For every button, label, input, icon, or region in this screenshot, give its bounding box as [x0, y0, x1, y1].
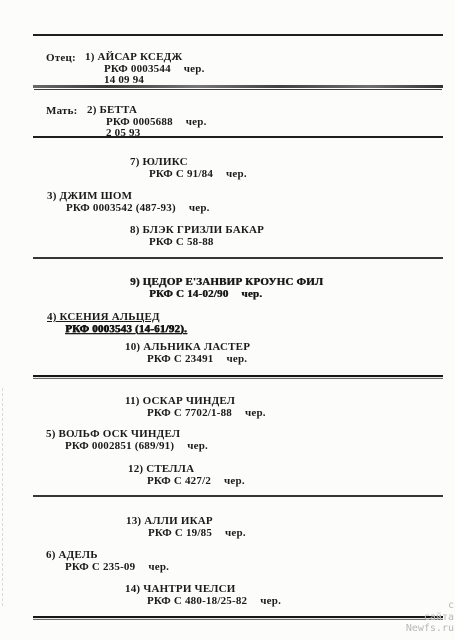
dog-color: чер.: [148, 562, 169, 574]
dog-color: чер.: [226, 354, 247, 366]
pedigree-entry-4: 4) КСЕНИЯ АЛЬЦЕД РКФ 0003543 (14-61/92).: [47, 312, 200, 335]
dog-reg: РКФ С 7702/1-88: [147, 407, 232, 419]
pedigree-entry-2: 2) БЕТТА РКФ 0005688чер. 2 05 93: [87, 105, 207, 140]
dog-color: чер.: [241, 289, 262, 301]
dog-reg: РКФ С 58-88: [149, 236, 214, 248]
dog-reg: РКФ 0005688: [106, 116, 173, 128]
watermark-line: Newfs.ru: [406, 623, 454, 635]
scanned-pedigree-page: Отец: Мать: 1) АЙСАР КСЕДЖ РКФ 0003544че…: [0, 0, 455, 640]
pedigree-entry-7: 7) ЮЛИКС РКФ С 91/84чер.: [130, 157, 247, 180]
dog-reg: РКФ 0002851 (689/91): [65, 440, 174, 452]
dog-color: чер.: [260, 596, 281, 608]
pedigree-entry-9: 9) ЦЕДОР Е'ЗАНВИР КРОУНС ФИЛ РКФ С 14-02…: [130, 277, 323, 300]
separator-line: [33, 495, 443, 497]
dog-birthdate: 2 05 93: [106, 128, 207, 140]
dog-reg: РКФ С 427/2: [147, 475, 211, 487]
dog-reg: РКФ 0003544: [104, 63, 171, 75]
pedigree-entry-5: 5) ВОЛЬФ ОСК ЧИНДЕЛ РКФ 0002851 (689/91)…: [46, 429, 208, 452]
mother-label: Мать:: [46, 105, 77, 117]
dog-color: чер.: [189, 203, 210, 215]
dog-reg: РКФ С 235-09: [65, 561, 135, 573]
pedigree-entry-1: 1) АЙСАР КСЕДЖ РКФ 0003544чер. 14 09 94: [85, 52, 205, 87]
dog-color: чер.: [186, 117, 207, 129]
pedigree-entry-8: 8) БЛЭК ГРИЗЛИ БАКАР РКФ С 58-88: [130, 225, 264, 248]
separator-line: [33, 257, 443, 259]
dog-birthdate: 14 09 94: [104, 75, 205, 87]
pedigree-entry-12: 12) СТЕЛЛА РКФ С 427/2чер.: [128, 464, 245, 487]
dog-reg: РКФ С 14-02/90: [149, 288, 228, 300]
pedigree-entry-10: 10) АЛЬНИКА ЛАСТЕР РКФ С 23491чер.: [125, 342, 250, 365]
father-label: Отец:: [46, 52, 76, 64]
dog-reg: РКФ С 480-18/25-82: [147, 595, 247, 607]
pedigree-entry-6: 6) АДЕЛЬ РКФ С 235-09чер.: [46, 550, 169, 573]
dog-reg: РКФ С 91/84: [149, 168, 213, 180]
dog-reg: РКФ С 19/85: [148, 527, 212, 539]
dog-color: чер.: [187, 441, 208, 453]
dog-color: чер.: [245, 408, 266, 420]
watermark-line: сайта: [406, 612, 454, 624]
dog-reg: РКФ С 23491: [147, 353, 213, 365]
watermark-line: с: [406, 600, 454, 612]
dog-color: чер.: [184, 64, 205, 76]
pedigree-entry-11: 11) ОСКАР ЧИНДЕЛ РКФ С 7702/1-88чер.: [125, 396, 266, 419]
pedigree-entry-3: 3) ДЖИМ ШОМ РКФ 0003542 (487-93)чер.: [47, 191, 210, 214]
scan-edge-artifact: [2, 388, 3, 606]
dog-color: чер.: [224, 476, 245, 488]
dog-color: чер.: [225, 528, 246, 540]
separator-line: [33, 616, 443, 620]
separator-line: [33, 34, 443, 36]
dog-color: чер.: [226, 169, 247, 181]
dog-reg: РКФ 0003542 (487-93): [66, 202, 176, 214]
pedigree-entry-13: 13) АЛЛИ ИКАР РКФ С 19/85чер.: [126, 516, 246, 539]
pedigree-entry-14: 14) ЧАНТРИ ЧЕЛСИ РКФ С 480-18/25-82чер.: [125, 584, 281, 607]
dog-reg: РКФ 0003543 (14-61/92).: [65, 323, 187, 335]
site-watermark: с сайта Newfs.ru: [406, 600, 454, 635]
separator-line: [33, 375, 443, 379]
